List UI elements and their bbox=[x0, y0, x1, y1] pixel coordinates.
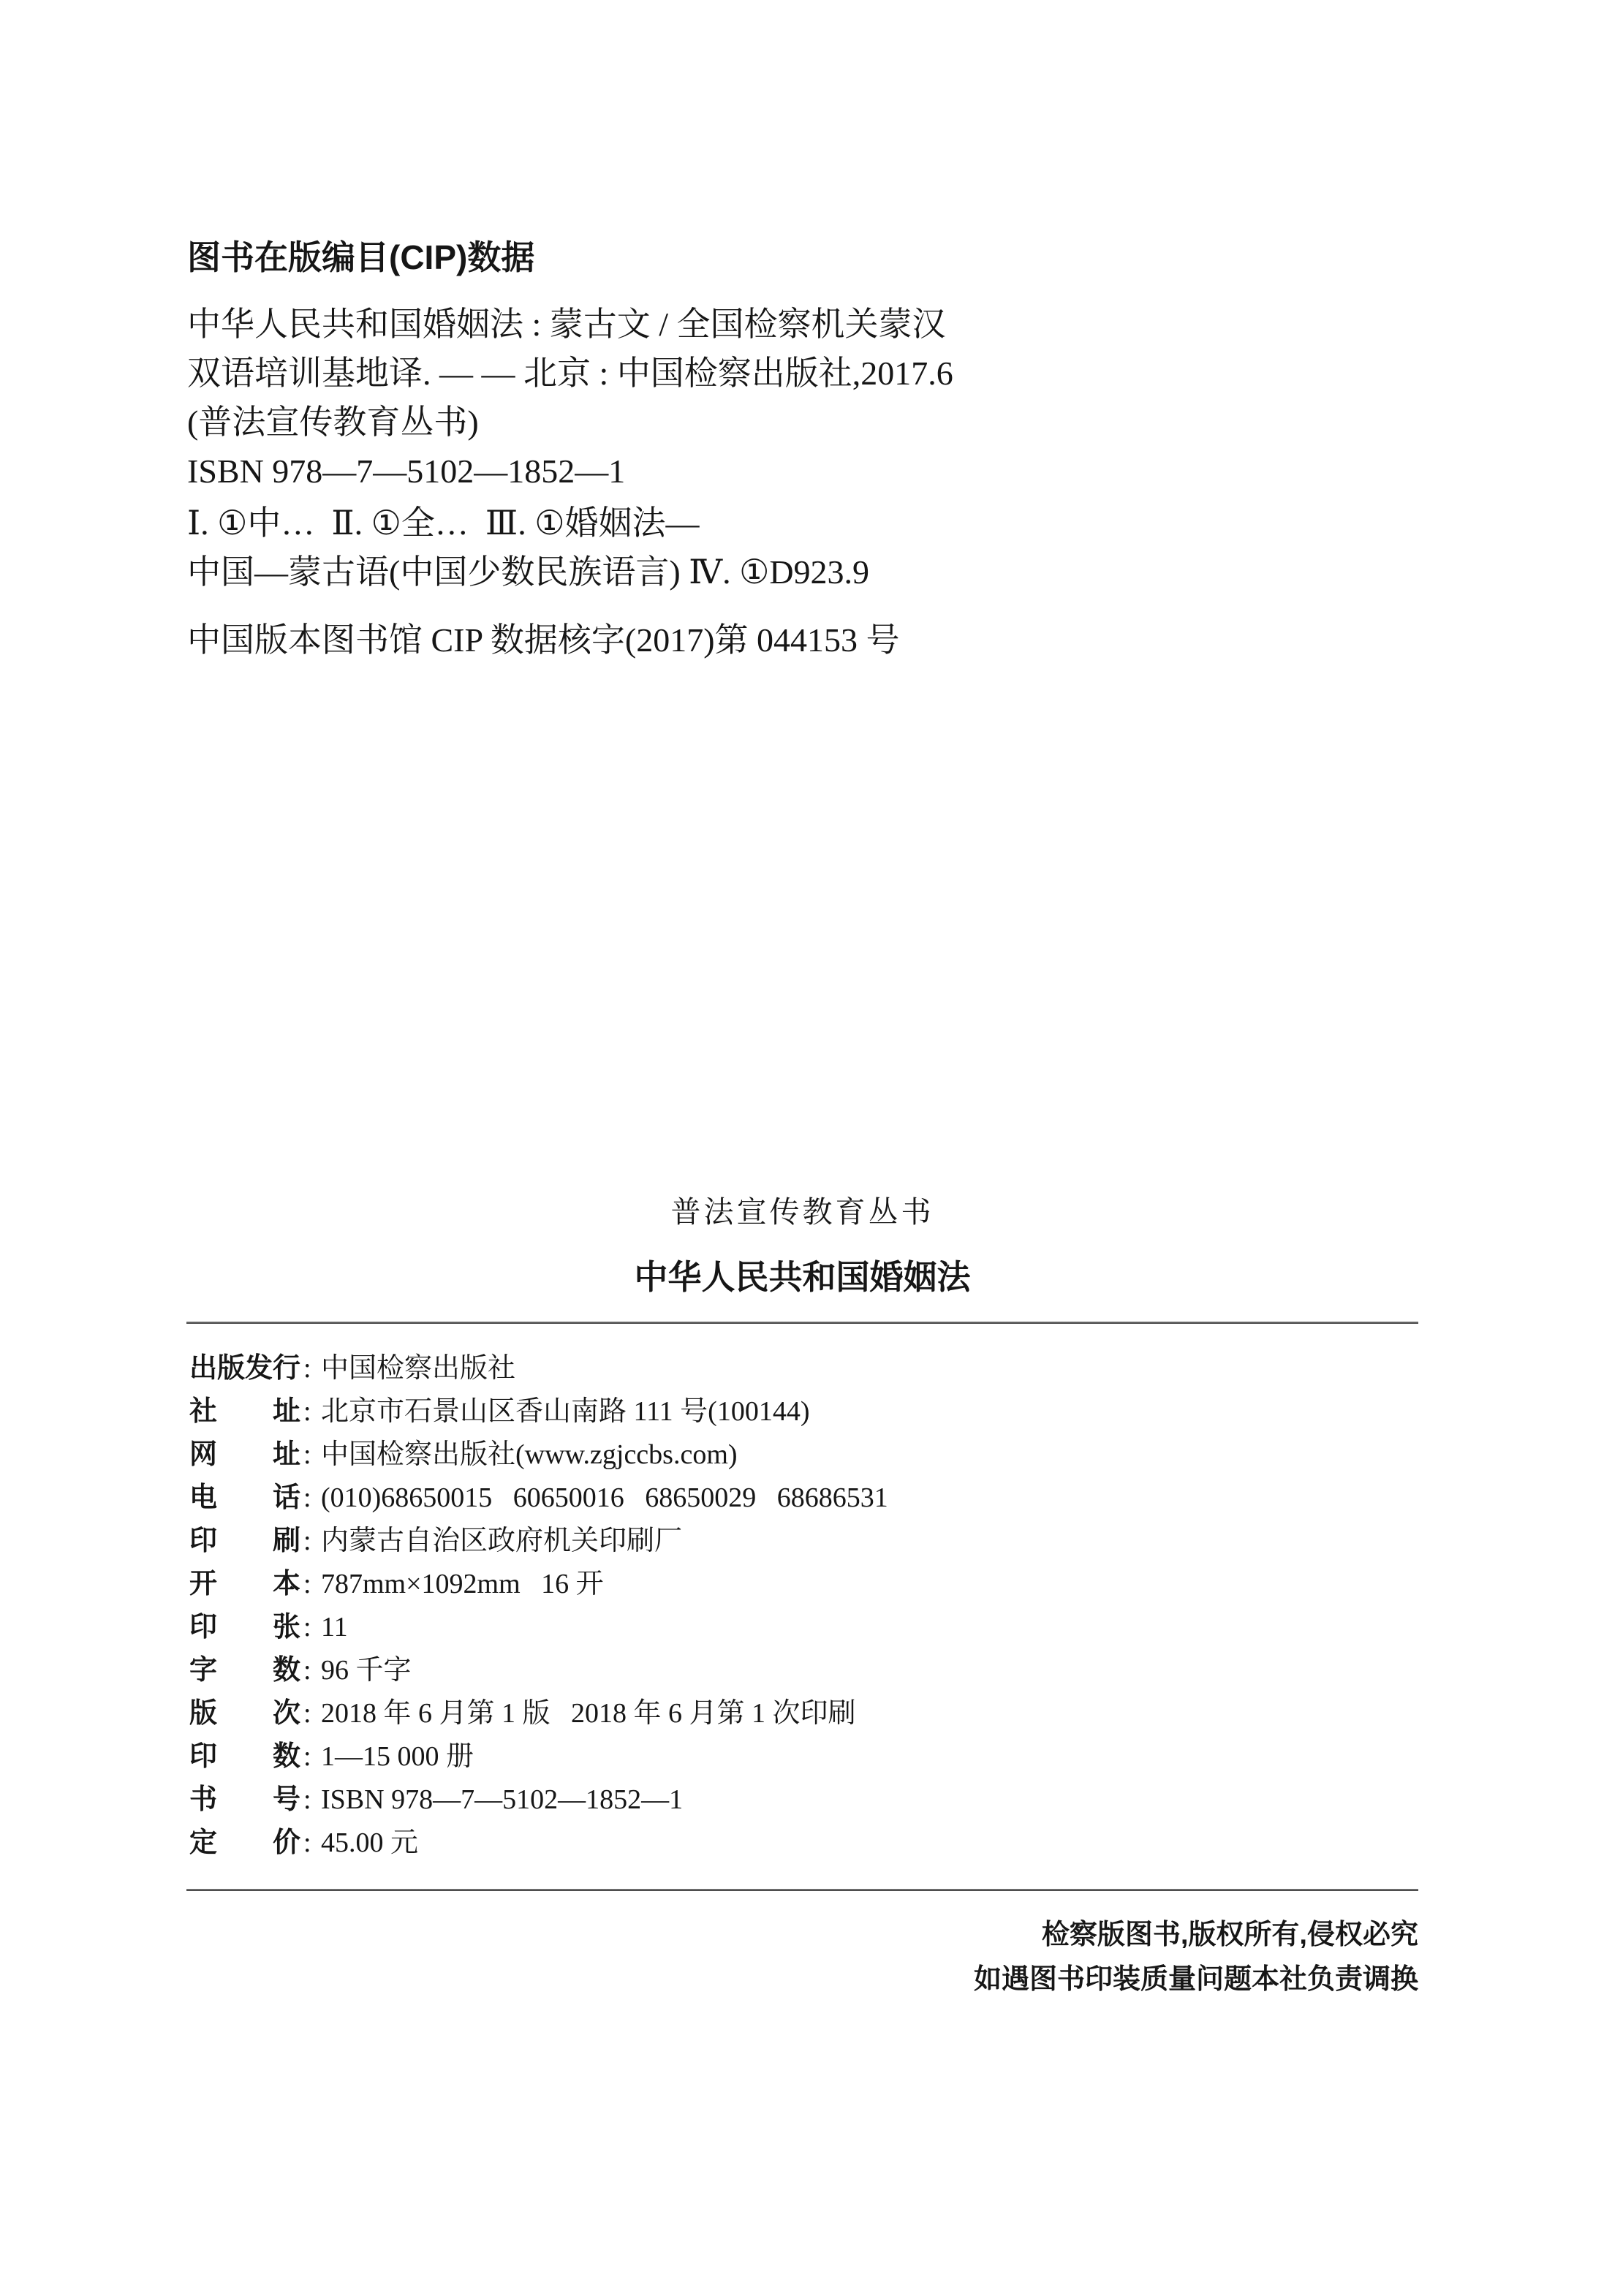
colophon-row-price: 定价:45.00 元 bbox=[189, 1822, 888, 1865]
colophon-label: 定价 bbox=[189, 1822, 300, 1865]
colophon-row-printrun: 印数:1—15 000 册 bbox=[189, 1735, 888, 1778]
label-char: 版 bbox=[189, 1692, 217, 1735]
label-char: 出 bbox=[189, 1347, 217, 1390]
label-char: 字 bbox=[189, 1649, 217, 1692]
colophon-row-printer: 印刷:内蒙古自治区政府机关印刷厂 bbox=[189, 1520, 888, 1563]
label-char: 电 bbox=[189, 1477, 217, 1520]
colophon-label: 开本 bbox=[189, 1563, 300, 1606]
colon-separator: : bbox=[300, 1735, 321, 1778]
cip-line-series-statement: (普法宣传教育丛书) bbox=[187, 402, 479, 443]
colophon-value: 中国检察出版社 bbox=[321, 1347, 515, 1390]
cip-heading: 图书在版编目(CIP)数据 bbox=[187, 237, 534, 278]
colophon-value: 中国检察出版社(www.zgjccbs.com) bbox=[321, 1433, 738, 1477]
label-char: 行 bbox=[273, 1347, 300, 1390]
cip-line-publication-statement: 双语培训基地译. — — 北京 : 中国检察出版社,2017.6 bbox=[187, 353, 953, 394]
label-char: 张 bbox=[273, 1606, 300, 1649]
label-char: 书 bbox=[189, 1778, 217, 1822]
colophon-value: 2018 年 6 月第 1 版 2018 年 6 月第 1 次印刷 bbox=[321, 1692, 856, 1735]
label-char: 刷 bbox=[273, 1520, 300, 1563]
cip-registration-number: 中国版本图书馆 CIP 数据核字(2017)第 044153 号 bbox=[187, 620, 900, 661]
label-char: 发 bbox=[245, 1347, 273, 1390]
label-char: 次 bbox=[273, 1692, 300, 1735]
colon-separator: : bbox=[300, 1477, 321, 1520]
colophon-label: 版次 bbox=[189, 1692, 300, 1735]
colophon-row-telephone: 电话:(010)68650015 60650016 68650029 68686… bbox=[189, 1477, 888, 1520]
colophon-row-website: 网址:中国检察出版社(www.zgjccbs.com) bbox=[189, 1433, 888, 1477]
label-char: 印 bbox=[189, 1606, 217, 1649]
copyright-notice: 检察版图书,版权所有,侵权必究 bbox=[186, 1920, 1418, 1950]
colophon-row-isbn: 书号:ISBN 978—7—5102—1852—1 bbox=[189, 1778, 888, 1822]
divider-rule-top bbox=[186, 1322, 1418, 1324]
colon-separator: : bbox=[300, 1822, 321, 1865]
label-char: 址 bbox=[273, 1433, 300, 1477]
colophon-row-format: 开本:787mm×1092mm 16 开 bbox=[189, 1563, 888, 1606]
colophon-label: 出版发行 bbox=[189, 1347, 300, 1390]
colon-separator: : bbox=[300, 1563, 321, 1606]
colon-separator: : bbox=[300, 1347, 321, 1390]
colophon-label: 印刷 bbox=[189, 1520, 300, 1563]
colophon-value: 96 千字 bbox=[321, 1649, 412, 1692]
colophon-label: 字数 bbox=[189, 1649, 300, 1692]
label-char: 数 bbox=[273, 1649, 300, 1692]
colophon-row-address: 社址:北京市石景山区香山南路 111 号(100144) bbox=[189, 1390, 888, 1433]
colophon-label: 社址 bbox=[189, 1390, 300, 1433]
colophon-label: 网址 bbox=[189, 1433, 300, 1477]
label-char: 定 bbox=[189, 1822, 217, 1865]
series-title: 普法宣传教育丛书 bbox=[186, 1191, 1418, 1232]
colon-separator: : bbox=[300, 1520, 321, 1563]
label-char: 网 bbox=[189, 1433, 217, 1477]
colophon-value: ISBN 978—7—5102—1852—1 bbox=[321, 1778, 683, 1822]
quality-notice: 如遇图书印装质量问题本社负责调换 bbox=[186, 1965, 1418, 1994]
colon-separator: : bbox=[300, 1606, 321, 1649]
colophon-value: 北京市石景山区香山南路 111 号(100144) bbox=[321, 1390, 810, 1433]
label-char: 数 bbox=[273, 1735, 300, 1778]
colophon-value: (010)68650015 60650016 68650029 68686531 bbox=[321, 1477, 888, 1520]
colon-separator: : bbox=[300, 1692, 321, 1735]
cip-line-classification-2: 中国—蒙古语(中国少数民族语言) Ⅳ. ①D923.9 bbox=[187, 552, 869, 593]
label-char: 号 bbox=[273, 1778, 300, 1822]
colophon-value: 11 bbox=[321, 1606, 348, 1649]
book-title: 中华人民共和国婚姻法 bbox=[186, 1257, 1418, 1297]
colophon-value: 787mm×1092mm 16 开 bbox=[321, 1563, 604, 1606]
colophon-row-publisher: 出版发行:中国检察出版社 bbox=[189, 1347, 888, 1390]
label-char: 价 bbox=[273, 1822, 300, 1865]
colophon-label: 电话 bbox=[189, 1477, 300, 1520]
colon-separator: : bbox=[300, 1433, 321, 1477]
copyright-page: 图书在版编目(CIP)数据 中华人民共和国婚姻法 : 蒙古文 / 全国检察机关蒙… bbox=[0, 0, 1623, 2296]
label-char: 版 bbox=[217, 1347, 245, 1390]
label-char: 社 bbox=[189, 1390, 217, 1433]
colophon-row-edition: 版次:2018 年 6 月第 1 版 2018 年 6 月第 1 次印刷 bbox=[189, 1692, 888, 1735]
label-char: 开 bbox=[189, 1563, 217, 1606]
label-char: 印 bbox=[189, 1735, 217, 1778]
label-char: 印 bbox=[189, 1520, 217, 1563]
colophon-label: 印数 bbox=[189, 1735, 300, 1778]
colon-separator: : bbox=[300, 1390, 321, 1433]
colon-separator: : bbox=[300, 1778, 321, 1822]
colophon-label: 印张 bbox=[189, 1606, 300, 1649]
colon-separator: : bbox=[300, 1649, 321, 1692]
label-char: 址 bbox=[273, 1390, 300, 1433]
colophon-label: 书号 bbox=[189, 1778, 300, 1822]
colophon-row-wordcount: 字数:96 千字 bbox=[189, 1649, 888, 1692]
colophon-value: 1—15 000 册 bbox=[321, 1735, 474, 1778]
divider-rule-bottom bbox=[186, 1889, 1418, 1891]
colophon-row-sheets: 印张:11 bbox=[189, 1606, 888, 1649]
cip-line-classification-1: Ⅰ. ①中… Ⅱ. ①全… Ⅲ. ①婚姻法— bbox=[187, 503, 700, 544]
label-char: 话 bbox=[273, 1477, 300, 1520]
copyright-notices: 检察版图书,版权所有,侵权必究 如遇图书印装质量问题本社负责调换 bbox=[186, 1920, 1418, 1994]
colophon-value: 45.00 元 bbox=[321, 1822, 418, 1865]
colophon-value: 内蒙古自治区政府机关印刷厂 bbox=[321, 1520, 682, 1563]
cip-line-isbn: ISBN 978—7—5102—1852—1 bbox=[187, 451, 625, 492]
label-char: 本 bbox=[273, 1563, 300, 1606]
colophon-block: 出版发行:中国检察出版社 社址:北京市石景山区香山南路 111 号(100144… bbox=[189, 1347, 888, 1865]
cip-line-title-statement: 中华人民共和国婚姻法 : 蒙古文 / 全国检察机关蒙汉 bbox=[187, 304, 946, 345]
